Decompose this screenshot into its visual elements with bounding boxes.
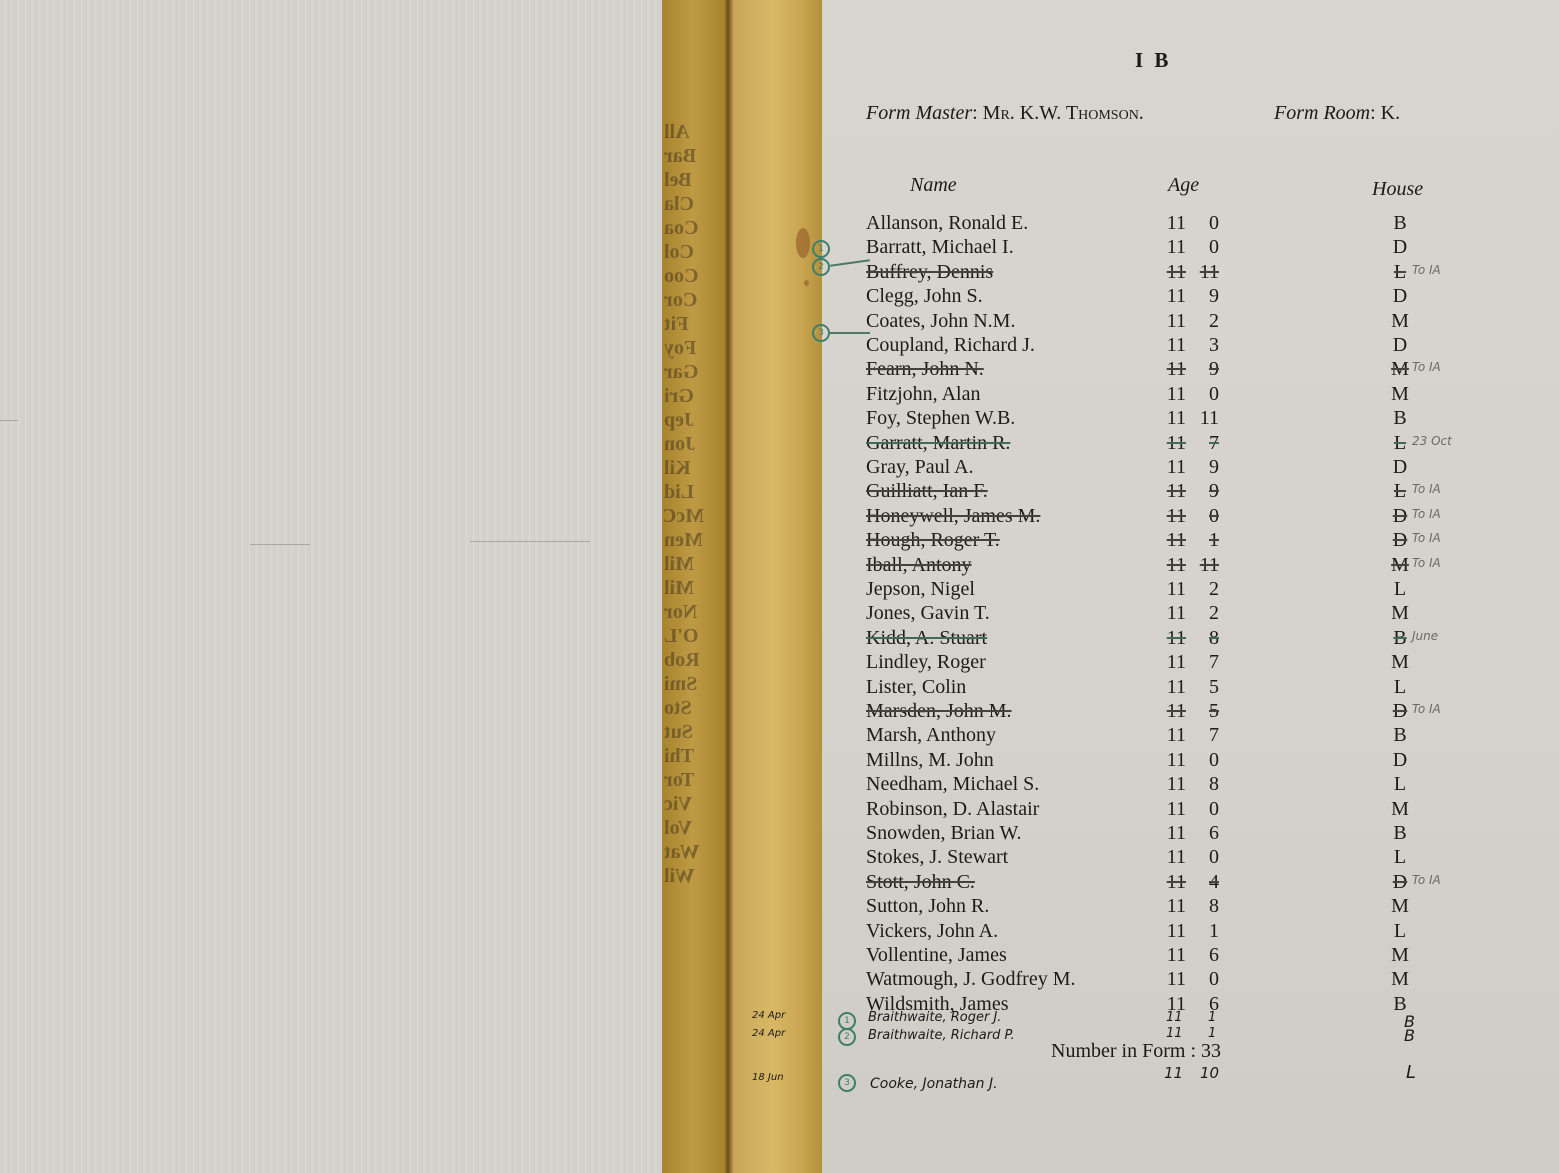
pupil-name: Vickers, John A.: [866, 920, 998, 943]
bleed-through-line: Coa: [664, 216, 704, 240]
table-row: Lindley, Roger117M: [866, 651, 1466, 675]
pupil-name: Iball, Antony: [866, 554, 972, 577]
age-years: 11: [1156, 846, 1186, 869]
age-months: 5: [1191, 700, 1219, 723]
pupil-name: Jones, Gavin T.: [866, 602, 990, 625]
age-months: 8: [1191, 627, 1219, 650]
form-master-value: Mr. K.W. Thomson.: [983, 102, 1144, 124]
pupil-name: Snowden, Brian W.: [866, 822, 1022, 845]
table-row: Coates, John N.M.112M: [866, 310, 1466, 334]
age-months: 9: [1191, 456, 1219, 479]
age-years: 11: [1156, 554, 1186, 577]
bleed-through-line: Sut: [664, 720, 704, 744]
age-months: 3: [1191, 334, 1219, 357]
age-months: 9: [1191, 358, 1219, 381]
house: L: [1390, 676, 1410, 699]
pupil-name: Barratt, Michael I.: [866, 236, 1014, 259]
handwritten-note: To IA: [1412, 360, 1441, 374]
addition-age-years: 11: [1166, 1010, 1183, 1025]
house: B: [1390, 724, 1410, 747]
handwritten-note: 23 Oct: [1412, 434, 1452, 448]
table-row: Needham, Michael S.118L: [866, 773, 1466, 797]
age-months: 7: [1191, 651, 1219, 674]
age-months: 0: [1191, 749, 1219, 772]
house: B: [1390, 407, 1410, 430]
pupil-name: Marsh, Anthony: [866, 724, 996, 747]
bleed-through-line: Tor: [664, 768, 704, 792]
age-months: 0: [1191, 798, 1219, 821]
number-in-form: Number in Form : 33: [1051, 1040, 1221, 1063]
age-months: 0: [1191, 212, 1219, 235]
age-months: 6: [1191, 822, 1219, 845]
house: D: [1390, 505, 1410, 528]
bleed-through-line: Cor: [664, 288, 704, 312]
house: L: [1390, 261, 1410, 284]
addition-house: L: [1406, 1062, 1416, 1083]
column-header-name: Name: [910, 174, 957, 197]
age-years: 11: [1156, 285, 1186, 308]
addition-marker-2-icon: 2: [838, 1028, 856, 1046]
table-row: Vollentine, James116M: [866, 944, 1466, 968]
house: B: [1390, 627, 1410, 650]
house: D: [1390, 334, 1410, 357]
house: M: [1390, 602, 1410, 625]
pupil-name: Millns, M. John: [866, 749, 994, 772]
pupil-name: Vollentine, James: [866, 944, 1007, 967]
bleed-through-line: Thi: [664, 744, 704, 768]
table-row: Garratt, Martin R.117L23 Oct: [866, 432, 1466, 456]
bleed-through-line: Bar: [664, 144, 704, 168]
age-months: 11: [1191, 554, 1219, 577]
column-header-house: House: [1372, 178, 1423, 201]
colon: :: [1370, 102, 1381, 124]
pupil-name: Clegg, John S.: [866, 285, 983, 308]
pupil-name: Watmough, J. Godfrey M.: [866, 968, 1075, 991]
faint-rule: [250, 544, 310, 545]
stain: [804, 280, 809, 286]
bleed-through-line: Jep: [664, 408, 704, 432]
age-months: 0: [1191, 968, 1219, 991]
marker-1-icon: 1: [812, 240, 830, 258]
age-months: 7: [1191, 432, 1219, 455]
addition-house: B: [1404, 1026, 1415, 1045]
bleed-through-line: Kil: [664, 456, 704, 480]
bleed-through-line: McC: [664, 504, 704, 528]
age-months: 0: [1191, 383, 1219, 406]
table-row: Coupland, Richard J.113D: [866, 334, 1466, 358]
age-months: 4: [1191, 871, 1219, 894]
house: L: [1390, 920, 1410, 943]
house: M: [1390, 358, 1410, 381]
age-months: 2: [1191, 578, 1219, 601]
handwritten-note: To IA: [1412, 482, 1441, 496]
faint-rule: [0, 420, 18, 421]
bleed-through-line: Rob: [664, 648, 704, 672]
house: L: [1390, 480, 1410, 503]
form-room: Form Room: K.: [1274, 102, 1400, 125]
addition-age-years: 11: [1164, 1064, 1183, 1082]
pupil-name: Kidd, A. Stuart: [866, 627, 987, 650]
table-row: Vickers, John A.111L: [866, 920, 1466, 944]
table-row: Gray, Paul A.119D: [866, 456, 1466, 480]
house: M: [1390, 651, 1410, 674]
house: D: [1390, 871, 1410, 894]
house: L: [1390, 432, 1410, 455]
house: M: [1390, 554, 1410, 577]
handwritten-note: To IA: [1412, 556, 1441, 570]
age-months: 11: [1191, 261, 1219, 284]
pupil-name: Allanson, Ronald E.: [866, 212, 1028, 235]
age-years: 11: [1156, 798, 1186, 821]
house: B: [1390, 212, 1410, 235]
age-months: 8: [1191, 773, 1219, 796]
age-months: 0: [1191, 505, 1219, 528]
addition-name: Braithwaite, Roger J.: [868, 1010, 1001, 1025]
age-years: 11: [1156, 920, 1186, 943]
pupil-name: Foy, Stephen W.B.: [866, 407, 1015, 430]
table-row: Guilliatt, Ian F.119LTo IA: [866, 480, 1466, 504]
age-years: 11: [1156, 407, 1186, 430]
age-years: 11: [1156, 261, 1186, 284]
colon: :: [972, 102, 983, 124]
arrow-icon: [830, 332, 870, 334]
table-row: Fearn, John N.119MTo IA: [866, 358, 1466, 382]
age-months: 1: [1191, 529, 1219, 552]
table-row: Iball, Antony1111MTo IA: [866, 554, 1466, 578]
bleed-through-line: Lid: [664, 480, 704, 504]
bleed-through-line: Nor: [664, 600, 704, 624]
addition-age-years: 11: [1166, 1026, 1183, 1041]
table-row: Lister, Colin115L: [866, 676, 1466, 700]
pupil-name: Fitzjohn, Alan: [866, 383, 980, 406]
addition-date: 24 Apr: [752, 1010, 785, 1021]
house: M: [1390, 968, 1410, 991]
table-row: Sutton, John R.118M: [866, 895, 1466, 919]
faint-rule: [470, 541, 590, 542]
addition-name: Cooke, Jonathan J.: [870, 1076, 998, 1092]
pupil-name: Sutton, John R.: [866, 895, 989, 918]
pupil-name: Fearn, John N.: [866, 358, 984, 381]
house: D: [1390, 456, 1410, 479]
handwritten-note: June: [1412, 629, 1438, 643]
age-months: 9: [1191, 285, 1219, 308]
addition-marker-3-icon: 3: [838, 1074, 856, 1092]
age-years: 11: [1156, 968, 1186, 991]
addition-date: 24 Apr: [752, 1028, 785, 1039]
bleed-through-line: Gri: [664, 384, 704, 408]
age-years: 11: [1156, 212, 1186, 235]
table-row: Buffrey, Dennis1111LTo IA: [866, 261, 1466, 285]
colon: :: [1185, 1040, 1201, 1062]
table-row: Robinson, D. Alastair110M: [866, 798, 1466, 822]
pupil-name: Lindley, Roger: [866, 651, 986, 674]
handwritten-note: To IA: [1412, 263, 1441, 277]
table-row: Millns, M. John110D: [866, 749, 1466, 773]
pupil-name: Garratt, Martin R.: [866, 432, 1010, 455]
left-page-blank: [0, 0, 662, 1173]
form-title: I B: [1135, 48, 1171, 73]
age-years: 11: [1156, 383, 1186, 406]
house: D: [1390, 236, 1410, 259]
age-years: 11: [1156, 651, 1186, 674]
age-years: 11: [1156, 627, 1186, 650]
bleed-through-line: Sto: [664, 696, 704, 720]
table-row: Fitzjohn, Alan110M: [866, 383, 1466, 407]
bleed-through-text: AllBarBelClaCoaColCooCorFitFoyGarGriJepJ…: [664, 120, 704, 888]
house: D: [1390, 529, 1410, 552]
age-years: 11: [1156, 578, 1186, 601]
pupil-name: Lister, Colin: [866, 676, 966, 699]
table-row: Watmough, J. Godfrey M.110M: [866, 968, 1466, 992]
pupil-name: Coates, John N.M.: [866, 310, 1015, 333]
bleed-through-line: Gar: [664, 360, 704, 384]
table-row: Jepson, Nigel112L: [866, 578, 1466, 602]
table-row: Honeywell, James M.110DTo IA: [866, 505, 1466, 529]
bleed-through-line: Vic: [664, 792, 704, 816]
column-header-age: Age: [1168, 174, 1199, 197]
pupil-name: Hough, Roger T.: [866, 529, 1000, 552]
bleed-through-line: Bel: [664, 168, 704, 192]
handwritten-note: To IA: [1412, 531, 1441, 545]
age-years: 11: [1156, 456, 1186, 479]
bleed-through-line: Mil: [664, 576, 704, 600]
table-row: Stokes, J. Stewart110L: [866, 846, 1466, 870]
house: D: [1390, 285, 1410, 308]
table-row: Barratt, Michael I.110D: [866, 236, 1466, 260]
stain: [796, 228, 810, 258]
table-row: Jones, Gavin T.112M: [866, 602, 1466, 626]
bleed-through-line: Cla: [664, 192, 704, 216]
age-months: 0: [1191, 846, 1219, 869]
age-years: 11: [1156, 773, 1186, 796]
pupil-name: Guilliatt, Ian F.: [866, 480, 988, 503]
age-years: 11: [1156, 749, 1186, 772]
bleed-through-line: All: [664, 120, 704, 144]
age-months: 8: [1191, 895, 1219, 918]
pupil-name: Coupland, Richard J.: [866, 334, 1035, 357]
form-master-label: Form Master: [866, 102, 972, 124]
form-room-value: K.: [1381, 102, 1400, 124]
pupil-name: Honeywell, James M.: [866, 505, 1040, 528]
addition-age-months: 10: [1200, 1064, 1219, 1082]
age-years: 11: [1156, 724, 1186, 747]
age-years: 11: [1156, 505, 1186, 528]
addition-age-months: 1: [1208, 1026, 1216, 1041]
bleed-through-line: Wil: [664, 864, 704, 888]
table-row: Allanson, Ronald E.110B: [866, 212, 1466, 236]
handwritten-note: To IA: [1412, 702, 1441, 716]
form-room-label: Form Room: [1274, 102, 1370, 124]
age-years: 11: [1156, 236, 1186, 259]
pupil-name: Marsden, John M.: [866, 700, 1012, 723]
bleed-through-line: Wat: [664, 840, 704, 864]
pupil-name: Robinson, D. Alastair: [866, 798, 1039, 821]
age-years: 11: [1156, 895, 1186, 918]
bleed-through-line: Col: [664, 240, 704, 264]
bleed-through-line: Mil: [664, 552, 704, 576]
house: B: [1390, 822, 1410, 845]
marker-2-icon: 2: [812, 258, 830, 276]
bleed-through-line: Coo: [664, 264, 704, 288]
age-years: 11: [1156, 529, 1186, 552]
age-years: 11: [1156, 334, 1186, 357]
house: D: [1390, 749, 1410, 772]
age-years: 11: [1156, 310, 1186, 333]
age-months: 2: [1191, 602, 1219, 625]
addition-age-months: 1: [1208, 1010, 1216, 1025]
age-years: 11: [1156, 676, 1186, 699]
age-years: 11: [1156, 480, 1186, 503]
addition-date: 18 Jun: [752, 1072, 784, 1083]
age-years: 11: [1156, 602, 1186, 625]
house: L: [1390, 578, 1410, 601]
handwritten-note: To IA: [1412, 507, 1441, 521]
bleed-through-line: Smi: [664, 672, 704, 696]
age-months: 7: [1191, 724, 1219, 747]
age-months: 9: [1191, 480, 1219, 503]
table-row: Snowden, Brian W.116B: [866, 822, 1466, 846]
house: L: [1390, 846, 1410, 869]
form-master: Form Master: Mr. K.W. Thomson.: [866, 102, 1144, 125]
number-in-form-value: 33: [1201, 1040, 1221, 1062]
bleed-through-line: O'L: [664, 624, 704, 648]
age-months: 5: [1191, 676, 1219, 699]
bleed-through-line: Men: [664, 528, 704, 552]
house: M: [1390, 944, 1410, 967]
house: D: [1390, 700, 1410, 723]
number-in-form-label: Number in Form: [1051, 1040, 1185, 1062]
age-years: 11: [1156, 871, 1186, 894]
marker-3-icon: 3: [812, 324, 830, 342]
pupil-name: Stott, John C.: [866, 871, 975, 894]
house: M: [1390, 310, 1410, 333]
pupil-name: Jepson, Nigel: [866, 578, 975, 601]
age-years: 11: [1156, 700, 1186, 723]
house: L: [1390, 773, 1410, 796]
pupil-name: Buffrey, Dennis: [866, 261, 993, 284]
age-years: 11: [1156, 822, 1186, 845]
age-months: 1: [1191, 920, 1219, 943]
table-row: Marsh, Anthony117B: [866, 724, 1466, 748]
age-years: 11: [1156, 944, 1186, 967]
house: M: [1390, 895, 1410, 918]
bleed-through-line: Foy: [664, 336, 704, 360]
table-row: Kidd, A. Stuart118BJune: [866, 627, 1466, 651]
pupil-name: Needham, Michael S.: [866, 773, 1039, 796]
table-row: Stott, John C.114DTo IA: [866, 871, 1466, 895]
house: M: [1390, 798, 1410, 821]
age-months: 0: [1191, 236, 1219, 259]
table-row: Clegg, John S.119D: [866, 285, 1466, 309]
bleed-through-line: Jon: [664, 432, 704, 456]
age-years: 11: [1156, 358, 1186, 381]
table-row: Hough, Roger T.111DTo IA: [866, 529, 1466, 553]
age-months: 11: [1191, 407, 1219, 430]
bleed-through-line: Fit: [664, 312, 704, 336]
table-row: Marsden, John M.115DTo IA: [866, 700, 1466, 724]
handwritten-note: To IA: [1412, 873, 1441, 887]
bleed-through-line: Vol: [664, 816, 704, 840]
age-months: 6: [1191, 944, 1219, 967]
table-row: Foy, Stephen W.B.1111B: [866, 407, 1466, 431]
age-months: 2: [1191, 310, 1219, 333]
pupil-name: Stokes, J. Stewart: [866, 846, 1008, 869]
house: M: [1390, 383, 1410, 406]
pupil-name: Gray, Paul A.: [866, 456, 974, 479]
addition-name: Braithwaite, Richard P.: [868, 1028, 1015, 1043]
age-years: 11: [1156, 432, 1186, 455]
